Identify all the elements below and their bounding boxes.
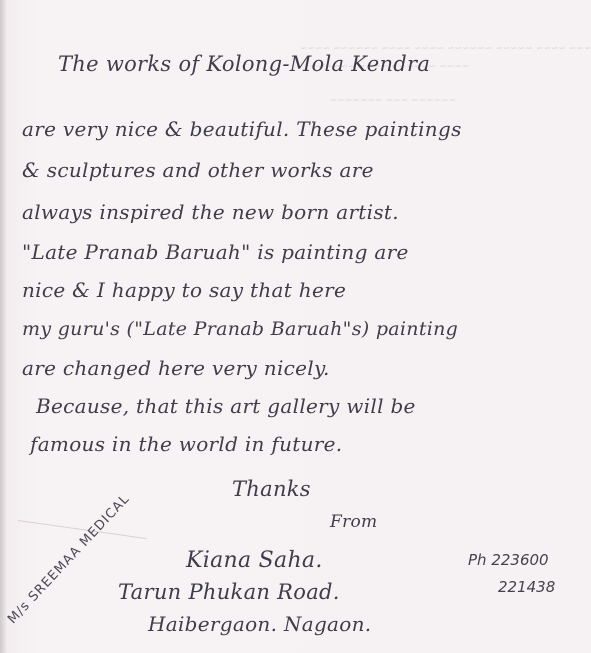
note-line-9: Because, that this art gallery will be [36, 394, 416, 418]
page-binding-edge [0, 0, 6, 653]
note-line-8: are changed here very nicely. [22, 356, 330, 380]
medical-store-stamp: M/s SREEMAA MEDICAL [5, 492, 133, 627]
note-line-1: The works of Kolong-Mola Kendra [58, 52, 430, 76]
note-line-4: always inspired the new born artist. [22, 200, 399, 224]
note-line-5: "Late Pranab Baruah" is painting are [22, 240, 409, 264]
paper-page: ~~~ ~~~~ ~~~~~ ~~~~~~ ~~~~ ~~~~ ~~~~~~ ~… [0, 0, 591, 653]
bleed-through-text: ~~~~~~ ~~~ ~~~~~~~ [330, 96, 456, 106]
signature-address-line-2: Haibergaon. Nagaon. [148, 612, 371, 636]
phone-number-2: 221438 [498, 578, 555, 596]
phone-number-1: Ph 223600 [468, 551, 549, 569]
note-line-6: nice & I happy to say that here [22, 278, 346, 302]
signature-name: Kiana Saha. [186, 548, 323, 573]
note-line-7: my guru's ("Late Pranab Baruah"s) painti… [22, 318, 458, 340]
note-line-2: are very nice & beautiful. These paintin… [22, 117, 462, 141]
from-label: From [330, 512, 377, 532]
closing-thanks: Thanks [232, 477, 311, 501]
note-line-10: famous in the world in future. [30, 432, 342, 456]
signature-address-line-1: Tarun Phukan Road. [118, 580, 340, 604]
note-line-3: & sculptures and other works are [22, 158, 374, 182]
